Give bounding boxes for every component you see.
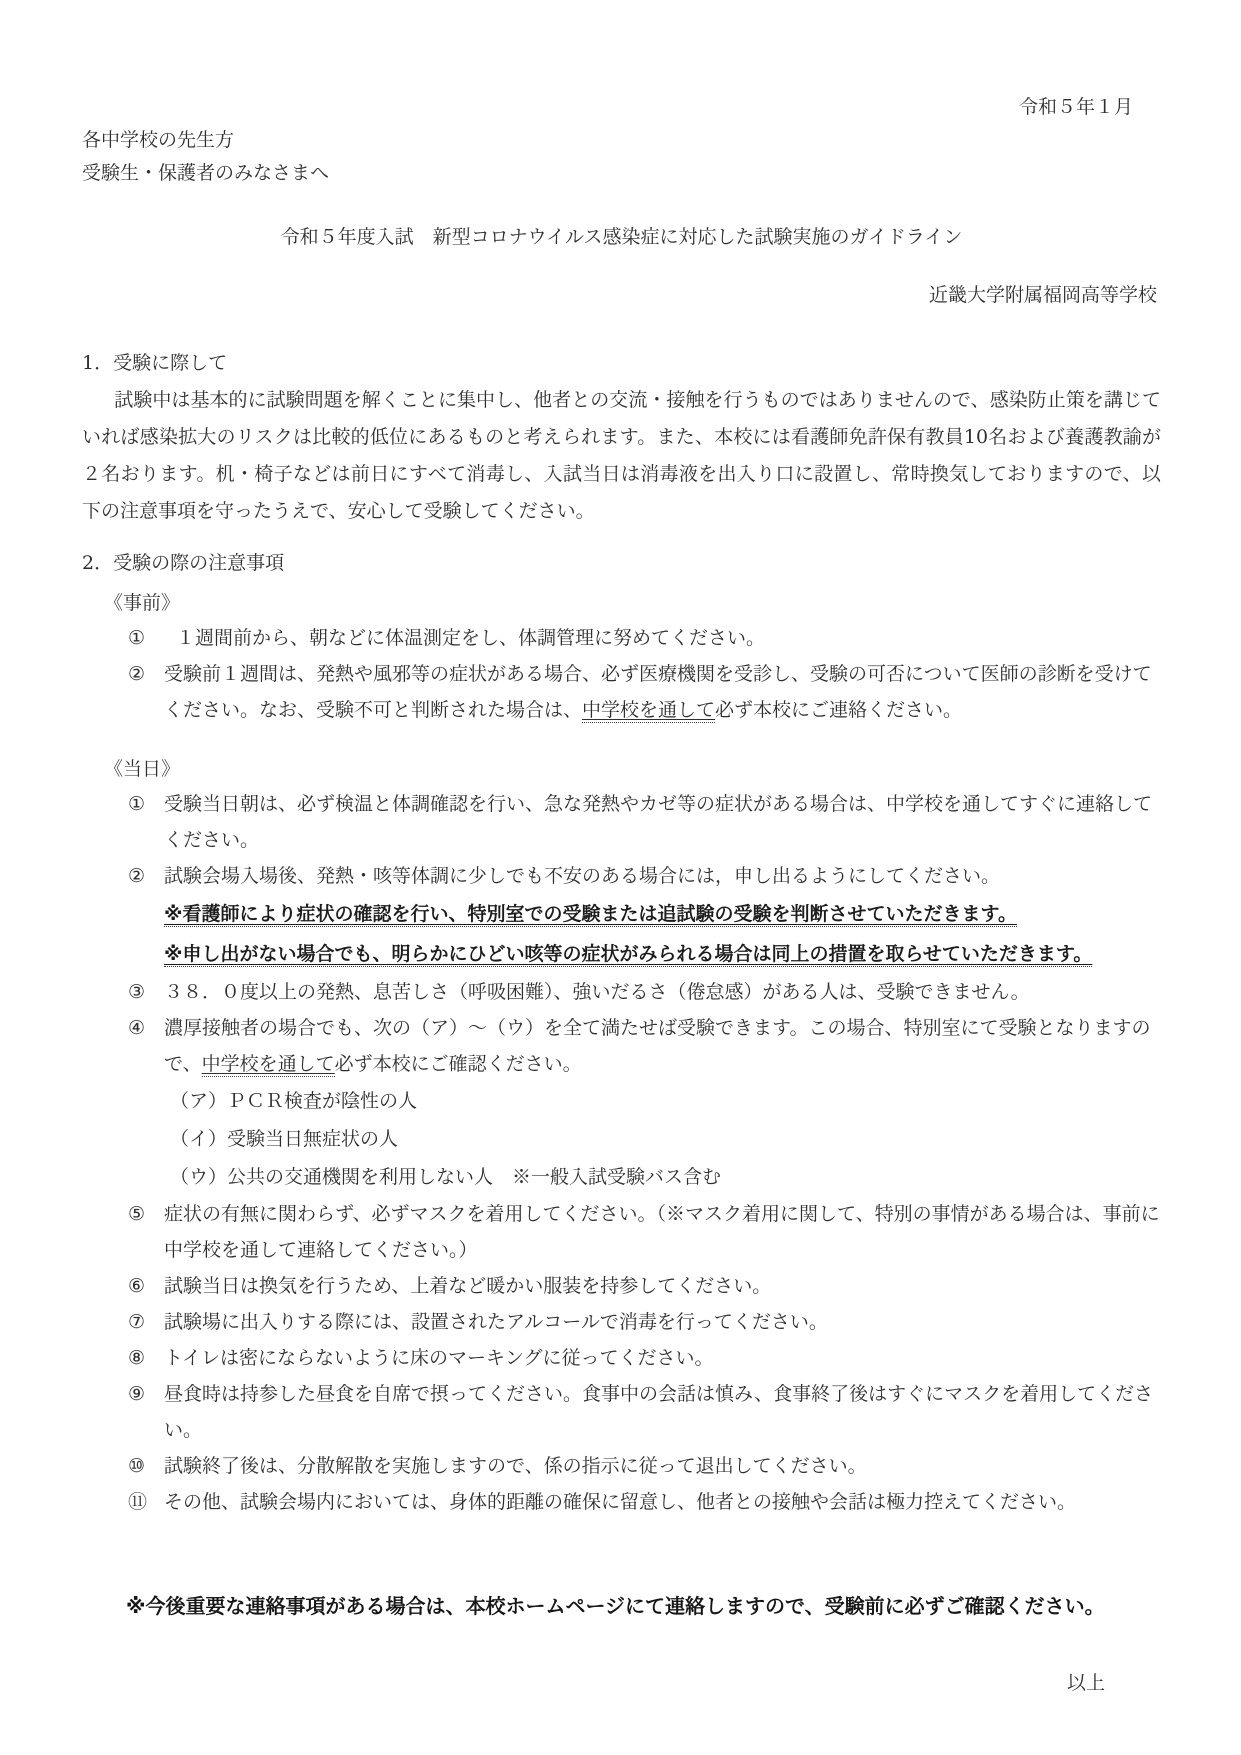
item-number: ② [128, 656, 145, 692]
list-item: ⑧ トイレは密にならないように床のマーキングに従ってください。 [128, 1340, 1161, 1376]
pre-exam-list: ① １週間前から、朝などに体温測定をし、体調管理に努めてください。 ② 受験前１… [128, 620, 1161, 728]
section2-heading: 2．受験の際の注意事項 [82, 548, 1161, 578]
item-number: ⑥ [128, 1268, 145, 1304]
item-text-underlined: 中学校を通して [582, 699, 715, 723]
item-text: その他、試験会場内においては、身体的距離の確保に留意し、他者との接触や会話は極力… [164, 1491, 1076, 1513]
exam-day-list: ① 受験当日朝は、必ず検温と体調確認を行い、急な発熱やカゼ等の症状がある場合は、… [128, 786, 1161, 1520]
item-text: 試験会場入場後、発熱・咳等体調に少しでも不安のある場合には，申し出るようにしてく… [164, 858, 1161, 894]
recipient-line-examinees: 受験生・保護者のみなさまへ [82, 157, 1161, 190]
note-text: ※看護師により症状の確認を行い、特別室での受験または追試験の受験を判断させていた… [164, 903, 1017, 927]
list-item: ② 試験会場入場後、発熱・咳等体調に少しでも不安のある場合には，申し出るようにし… [128, 858, 1161, 974]
item-text: トイレは密にならないように床のマーキングに従ってください。 [164, 1347, 713, 1369]
item-text: 試験当日は換気を行うため、上着など暖かい服装を持参してください。 [164, 1275, 771, 1297]
item-number: ② [128, 858, 145, 894]
item-number: ⑤ [128, 1196, 145, 1232]
item-text: 試験終了後は、分散解散を実施しますので、係の指示に従って退出してください。 [164, 1455, 867, 1477]
item-number: ⑨ [128, 1376, 145, 1412]
section1-body: 試験中は基本的に試験問題を解くことに集中し、他者との交流・接触を行うものではあり… [82, 382, 1161, 530]
document-date: 令和５年１月 [82, 92, 1133, 122]
recipient-block: 各中学校の先生方 受験生・保護者のみなさまへ [82, 124, 1161, 190]
sub-item-u: （ウ）公共の交通機関を利用しない人 ※一般入試受験バス含む [164, 1158, 1161, 1196]
item-number: ① [128, 786, 145, 822]
item-number: ⑦ [128, 1304, 145, 1340]
item-text: ３８．０度以上の発熱、息苦しさ（呼吸困難）、強いだるさ（倦怠感）がある人は、受験… [164, 981, 1030, 1003]
list-item: ⑦ 試験場に出入りする際には、設置されたアルコールで消毒を行ってください。 [128, 1304, 1161, 1340]
pre-exam-subheading: 《事前》 [104, 586, 1161, 620]
item-text-underlined: 中学校を通して [202, 1053, 335, 1077]
item-text: 試験場に出入りする際には、設置されたアルコールで消毒を行ってください。 [164, 1311, 828, 1333]
list-item: ⑥ 試験当日は換気を行うため、上着など暖かい服装を持参してください。 [128, 1268, 1161, 1304]
sub-item-i: （イ）受験当日無症状の人 [164, 1120, 1161, 1158]
item-text: 症状の有無に関わらず、必ずマスクを着用してください。（※マスク着用に関して、特別… [164, 1203, 1160, 1261]
list-item: ③ ３８．０度以上の発熱、息苦しさ（呼吸困難）、強いだるさ（倦怠感）がある人は、… [128, 974, 1161, 1010]
item-number: ④ [128, 1010, 145, 1046]
item-number: ⑩ [128, 1448, 145, 1484]
list-item: ② 受験前１週間は、発熱や風邪等の症状がある場合、必ず医療機関を受診し、受験の可… [128, 656, 1161, 728]
list-item: ⑤ 症状の有無に関わらず、必ずマスクを着用してください。（※マスク着用に関して、… [128, 1196, 1161, 1268]
list-item: ⑨ 昼食時は持参した昼食を自席で摂ってください。食事中の会話は慎み、食事終了後は… [128, 1376, 1161, 1448]
item-text: 濃厚接触者の場合でも、次の（ア）～（ウ）を全て満たせば受験できます。この場合、特… [164, 1010, 1161, 1082]
item-number: ① [128, 620, 145, 656]
nurse-check-note: ※看護師により症状の確認を行い、特別室での受験または追試験の受験を判断させていた… [164, 894, 1161, 934]
no-report-note: ※申し出がない場合でも、明らかにひどい咳等の症状がみられる場合は同上の措置を取ら… [164, 934, 1161, 974]
list-item: ④ 濃厚接触者の場合でも、次の（ア）～（ウ）を全て満たせば受験できます。この場合… [128, 1010, 1161, 1196]
school-name: 近畿大学附属福岡高等学校 [82, 280, 1157, 310]
item-number: ⑧ [128, 1340, 145, 1376]
sub-item-a: （ア）ＰＣＲ検査が陰性の人 [164, 1082, 1161, 1120]
item-text: 受験当日朝は、必ず検温と体調確認を行い、急な発熱やカゼ等の症状がある場合は、中学… [164, 793, 1152, 851]
recipient-line-schools: 各中学校の先生方 [82, 124, 1161, 157]
exam-day-subheading: 《当日》 [104, 752, 1161, 786]
section1-heading: 1．受験に際して [82, 348, 1161, 378]
item-text-post: 必ず本校にご確認ください。 [335, 1053, 582, 1075]
list-item: ⑩ 試験終了後は、分散解散を実施しますので、係の指示に従って退出してください。 [128, 1448, 1161, 1484]
item-number: ③ [128, 974, 145, 1010]
list-item: ⑪ その他、試験会場内においては、身体的距離の確保に留意し、他者との接触や会話は… [128, 1484, 1161, 1520]
item-text: 昼食時は持参した昼食を自席で摂ってください。食事中の会話は慎み、食事終了後はすぐ… [164, 1383, 1153, 1441]
closing-ijou: 以上 [82, 1668, 1105, 1698]
document-page: 令和５年１月 各中学校の先生方 受験生・保護者のみなさまへ 令和５年度入試 新型… [0, 0, 1241, 1755]
note-text: ※申し出がない場合でも、明らかにひどい咳等の症状がみられる場合は同上の措置を取ら… [164, 943, 1092, 967]
item-text-post: 必ず本校にご連絡ください。 [715, 699, 962, 721]
list-item: ① 受験当日朝は、必ず検温と体調確認を行い、急な発熱やカゼ等の症状がある場合は、… [128, 786, 1161, 858]
list-item: ① １週間前から、朝などに体温測定をし、体調管理に努めてください。 [128, 620, 1161, 656]
item-text: １週間前から、朝などに体温測定をし、体調管理に努めてください。 [176, 627, 765, 649]
homepage-notice: ※今後重要な連絡事項がある場合は、本校ホームページにて連絡しますので、受験前に必… [126, 1590, 1161, 1622]
item-number: ⑪ [128, 1484, 147, 1520]
document-title: 令和５年度入試 新型コロナウイルス感染症に対応した試験実施のガイドライン [82, 222, 1161, 252]
